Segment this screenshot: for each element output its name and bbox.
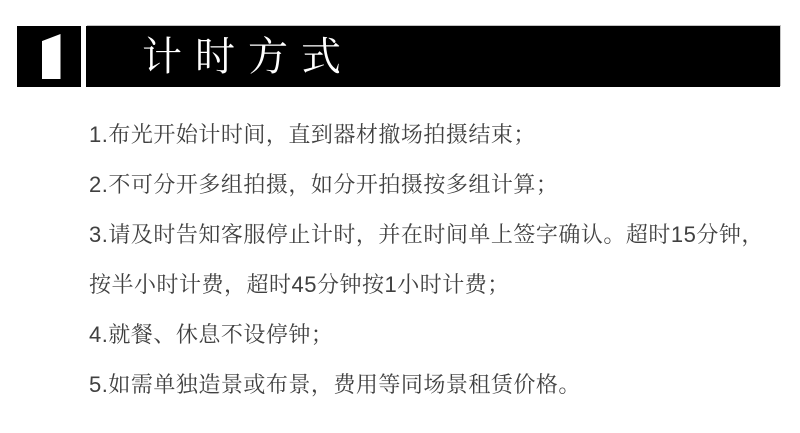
rule-line-1: 1.布光开始计时间，直到器材撤场拍摄结束； <box>89 110 800 160</box>
timing-rules-list: 1.布光开始计时间，直到器材撤场拍摄结束； 2.不可分开多组拍摄，如分开拍摄按多… <box>89 110 800 410</box>
rule-line-5: 5.如需单独造景或布景，费用等同场景租赁价格。 <box>89 360 800 410</box>
rule-line-3-continued: 按半小时计费，超时45分钟按1小时计费； <box>89 260 800 310</box>
section-title-bar: 计时方式 <box>86 26 780 87</box>
notice-page: 1 计时方式 1.布光开始计时间，直到器材撤场拍摄结束； 2.不可分开多组拍摄，… <box>0 0 800 433</box>
section-number-box: 1 <box>17 26 81 87</box>
rule-line-3: 3.请及时告知客服停止计时，并在时间单上签字确认。超时15分钟， <box>89 210 800 260</box>
rule-line-4: 4.就餐、休息不设停钟； <box>89 310 800 360</box>
rule-line-2: 2.不可分开多组拍摄，如分开拍摄按多组计算； <box>89 160 800 210</box>
section-title: 计时方式 <box>142 37 354 77</box>
numeral-1-glyph: 1 <box>42 34 61 79</box>
section-number: 1 <box>42 34 43 35</box>
